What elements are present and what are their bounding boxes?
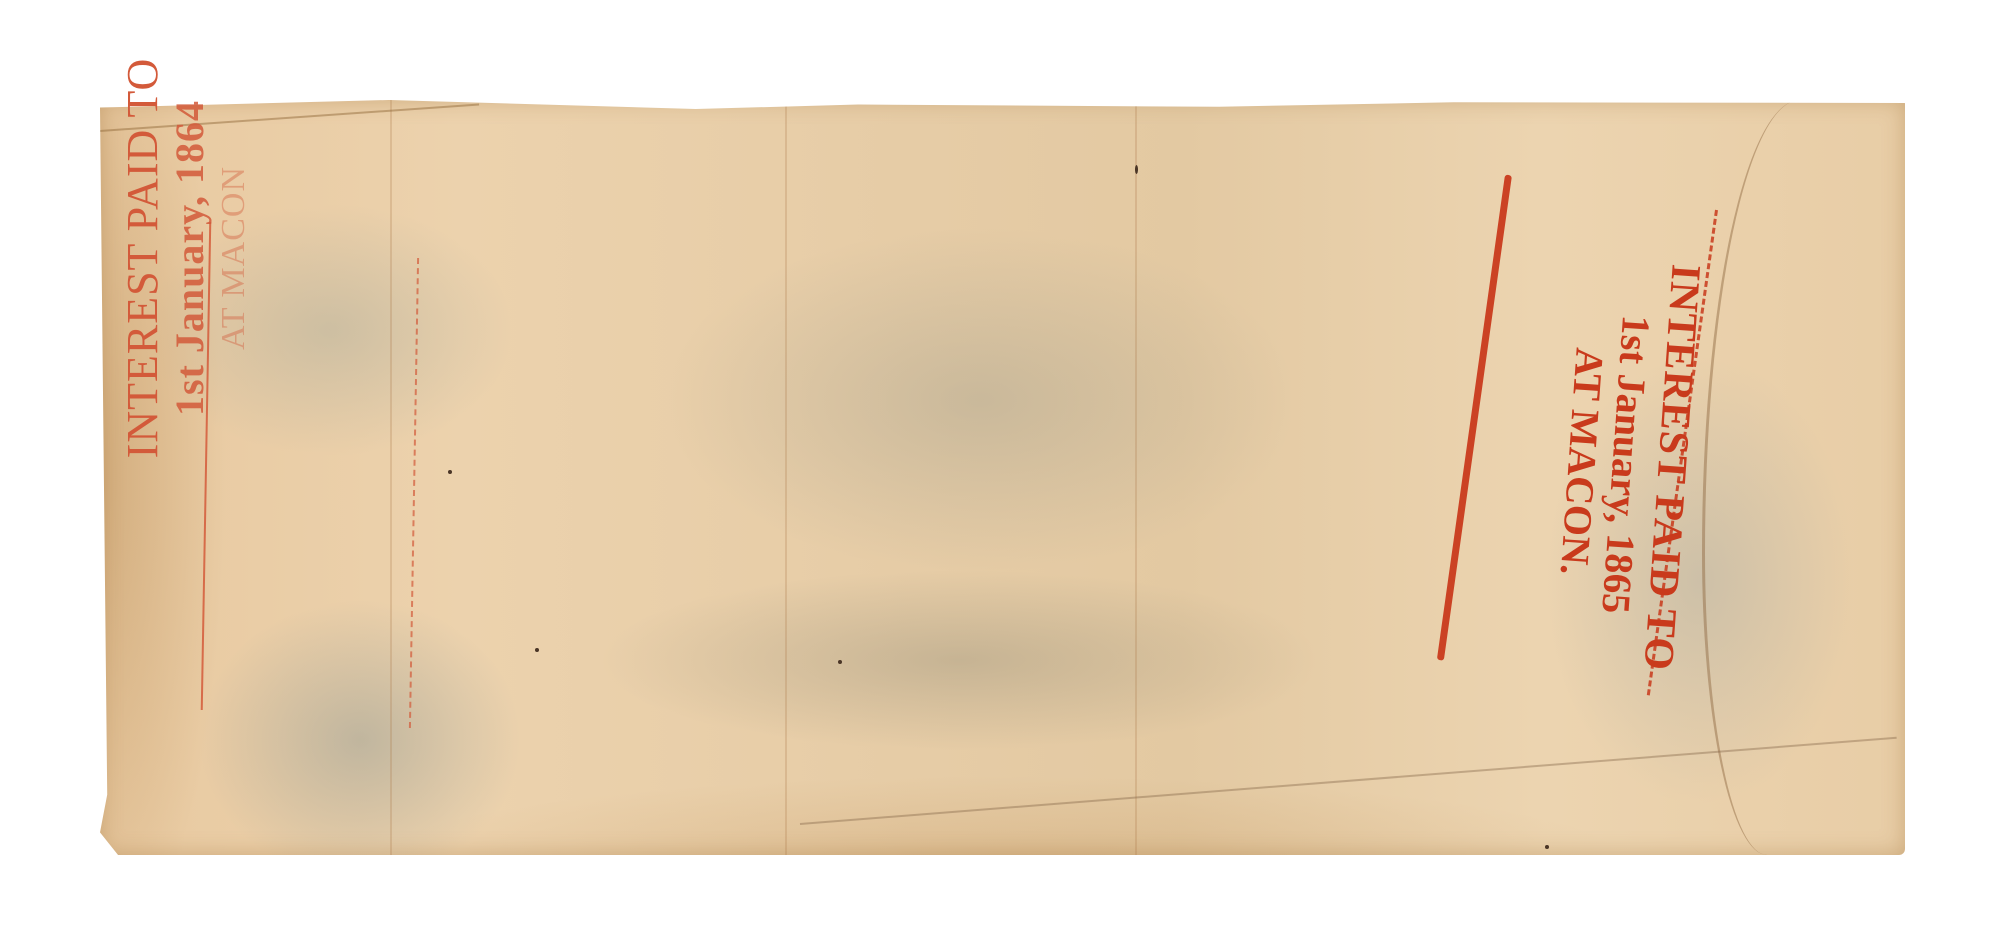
- ink-speck: [448, 470, 452, 474]
- stamp-interest-paid-1864: INTEREST PAID TO 1st January, 1864 AT MA…: [100, 48, 300, 468]
- fold-line: [785, 100, 787, 855]
- ink-speck: [1545, 845, 1549, 849]
- stamp-left-line-2: 1st January, 1864: [168, 48, 212, 468]
- stamp-left-line-1: INTEREST PAID TO: [118, 48, 168, 468]
- ink-speck: [838, 660, 842, 664]
- fold-line: [1135, 100, 1137, 855]
- stamp-left-line-3: AT MACON: [212, 48, 256, 468]
- ink-speck: [535, 648, 539, 652]
- fold-line: [390, 100, 392, 855]
- ink-speck: [1135, 165, 1138, 174]
- stamp-interest-paid-1865: INTEREST PAID TO 1st January, 1865 AT MA…: [1476, 176, 1715, 749]
